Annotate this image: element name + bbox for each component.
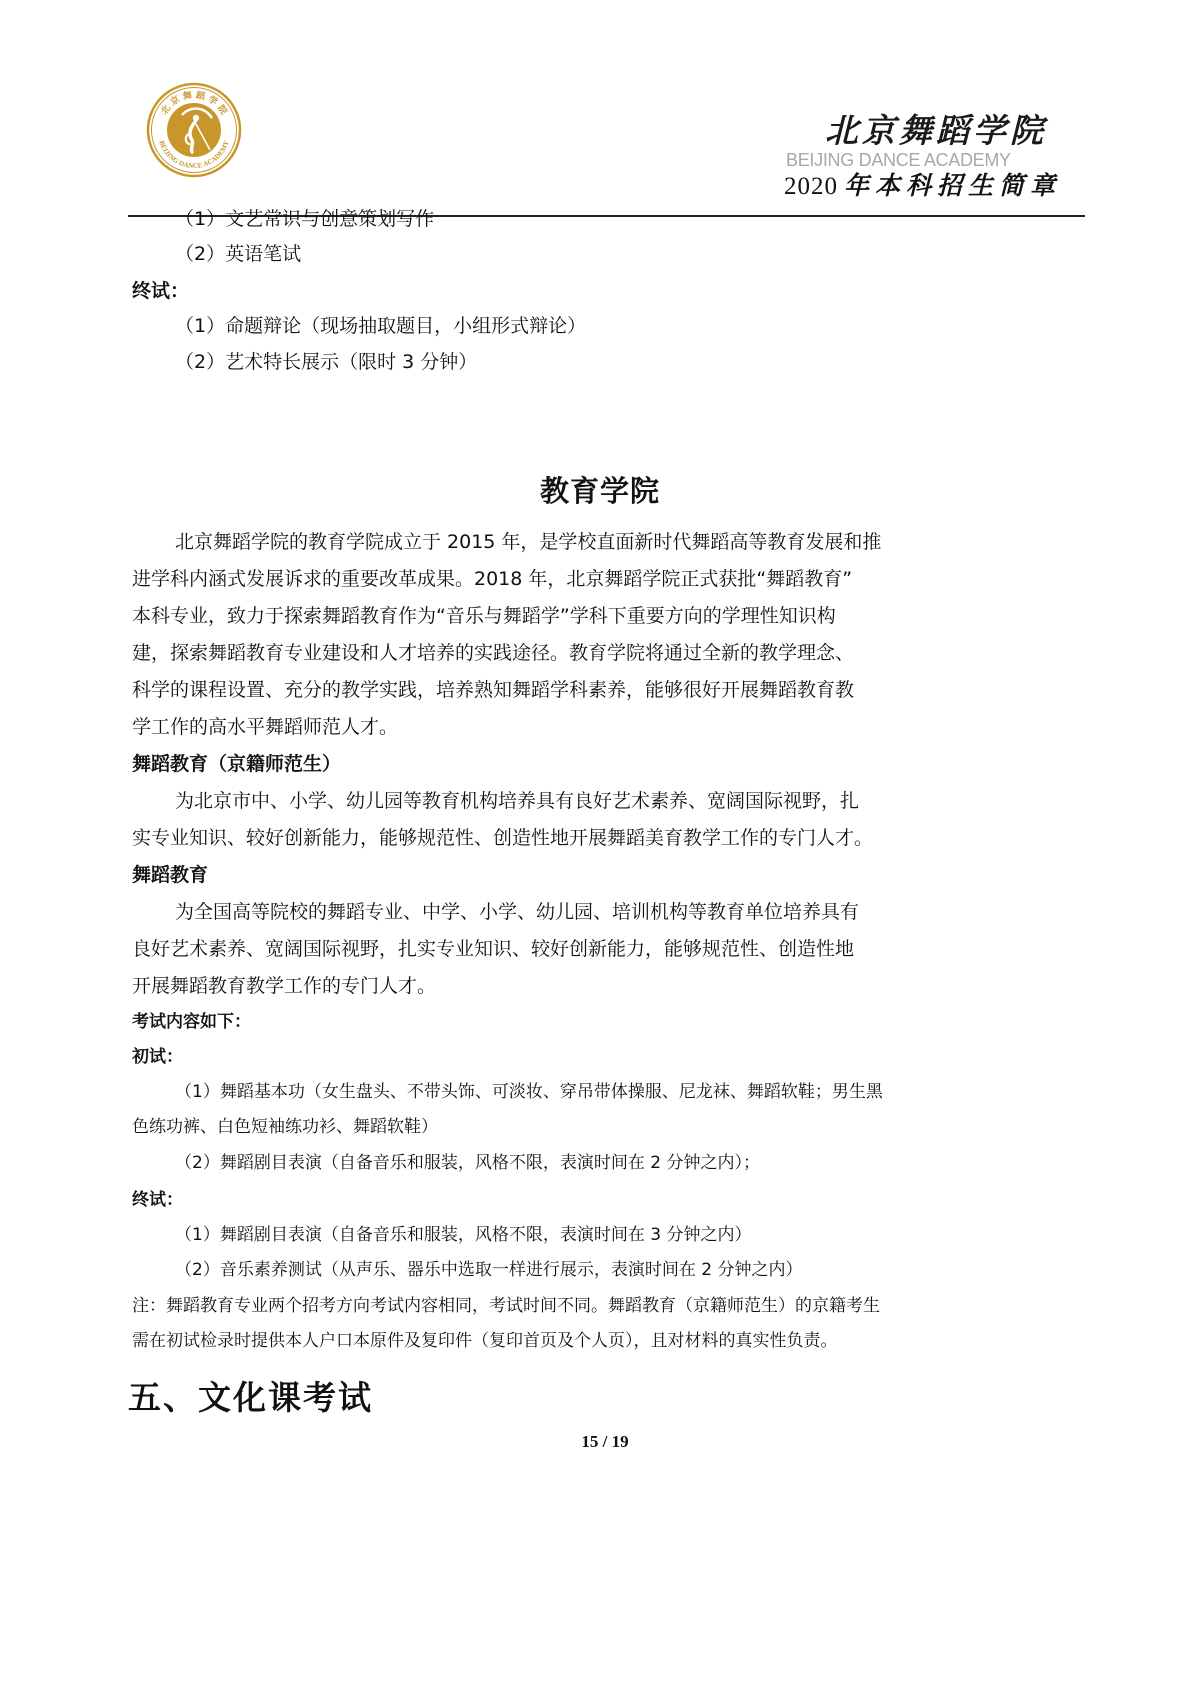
section-title: 教育学院 [0, 469, 1200, 510]
intro-line: 学工作的高水平舞蹈师范人才。 [132, 715, 398, 739]
final-item: （2）音乐素养测试（从声乐、器乐中选取一样进行展示，表演时间在 2 分钟之内） [175, 1258, 802, 1282]
major-desc-line: 为全国高等院校的舞蹈专业、中学、小学、幼儿园、培训机构等教育单位培养具有 [175, 900, 859, 924]
final-exam-label: 终试： [132, 279, 189, 303]
major-desc-line: 良好艺术素养、宽阔国际视野，扎实专业知识、较好创新能力，能够规范性、创造性地 [132, 937, 854, 961]
intro-line: 建，探索舞蹈教育专业建设和人才培养的实践途径。教育学院将通过全新的教学理念、 [132, 641, 854, 665]
intro-line: 北京舞蹈学院的教育学院成立于 2015 年，是学校直面新时代舞蹈高等教育发展和推 [175, 530, 881, 554]
prelim-item: 色练功裤、白色短袖练功衫、舞蹈软鞋） [132, 1115, 438, 1139]
major-desc-line: 开展舞蹈教育教学工作的专门人才。 [132, 974, 436, 998]
intro-line: 本科专业，致力于探索舞蹈教育作为“音乐与舞蹈学”学科下重要方向的学理性知识构 [132, 604, 836, 628]
prelim-item: （1）舞蹈基本功（女生盘头、不带头饰、可淡妆、穿吊带体操服、尼龙袜、舞蹈软鞋；男… [175, 1080, 883, 1104]
brochure-title: 2020年本科招生简章 [776, 170, 1076, 203]
brand-name-cn: 北京舞蹈学院 [776, 112, 1076, 150]
prelim-exam-label: 初试： [132, 1045, 183, 1069]
major-heading: 舞蹈教育 [132, 863, 208, 887]
final-item: （2）艺术特长展示（限时 3 分钟） [175, 350, 477, 374]
brand-block: 北京舞蹈学院 BEIJING DANCE ACADEMY 2020年本科招生简章 [776, 112, 1076, 203]
intro-line: 进学科内涵式发展诉求的重要改革成果。2018 年，北京舞蹈学院正式获批“舞蹈教育… [132, 567, 852, 591]
exam-intro-label: 考试内容如下： [132, 1010, 251, 1034]
note-line: 需在初试检录时提供本人户口本原件及复印件（复印首页及个人页），且对材料的真实性负… [132, 1329, 838, 1353]
major-heading: 舞蹈教育（京籍师范生） [132, 752, 341, 776]
document-page: 北 京 舞 蹈 学 院 BEIJING DANCE ACADEMY 北京舞蹈学院… [0, 0, 1200, 1697]
major-desc-line: 实专业知识、较好创新能力，能够规范性、创造性地开展舞蹈美育教学工作的专门人才。 [132, 826, 873, 850]
prelim-item: （2）舞蹈剧目表演（自备音乐和服装，风格不限，表演时间在 2 分钟之内）； [175, 1151, 760, 1175]
prelim-item: （1）文艺常识与创意策划写作 [175, 207, 434, 231]
prelim-item: （2）英语笔试 [175, 242, 301, 266]
intro-line: 科学的课程设置、充分的教学实践，培养熟知舞蹈学科素养，能够很好开展舞蹈教育教 [132, 678, 854, 702]
final-exam-label: 终试： [132, 1188, 183, 1212]
final-item: （1）舞蹈剧目表演（自备音乐和服装，风格不限，表演时间在 3 分钟之内） [175, 1223, 751, 1247]
major-desc-line: 为北京市中、小学、幼儿园等教育机构培养具有良好艺术素养、宽阔国际视野，扎 [175, 789, 859, 813]
academy-logo-icon: 北 京 舞 蹈 学 院 BEIJING DANCE ACADEMY [146, 82, 242, 178]
brand-name-en: BEIJING DANCE ACADEMY [776, 150, 1076, 170]
note-line: 注：舞蹈教育专业两个招考方向考试内容相同，考试时间不同。舞蹈教育（京籍师范生）的… [132, 1294, 880, 1318]
chapter-title: 五、文化课考试 [128, 1372, 373, 1419]
brochure-title-text: 年本科招生简章 [844, 171, 1061, 200]
page-number: 15 / 19 [0, 1432, 1200, 1452]
final-item: （1）命题辩论（现场抽取题目，小组形式辩论） [175, 314, 586, 338]
brochure-year: 2020 [784, 173, 838, 200]
